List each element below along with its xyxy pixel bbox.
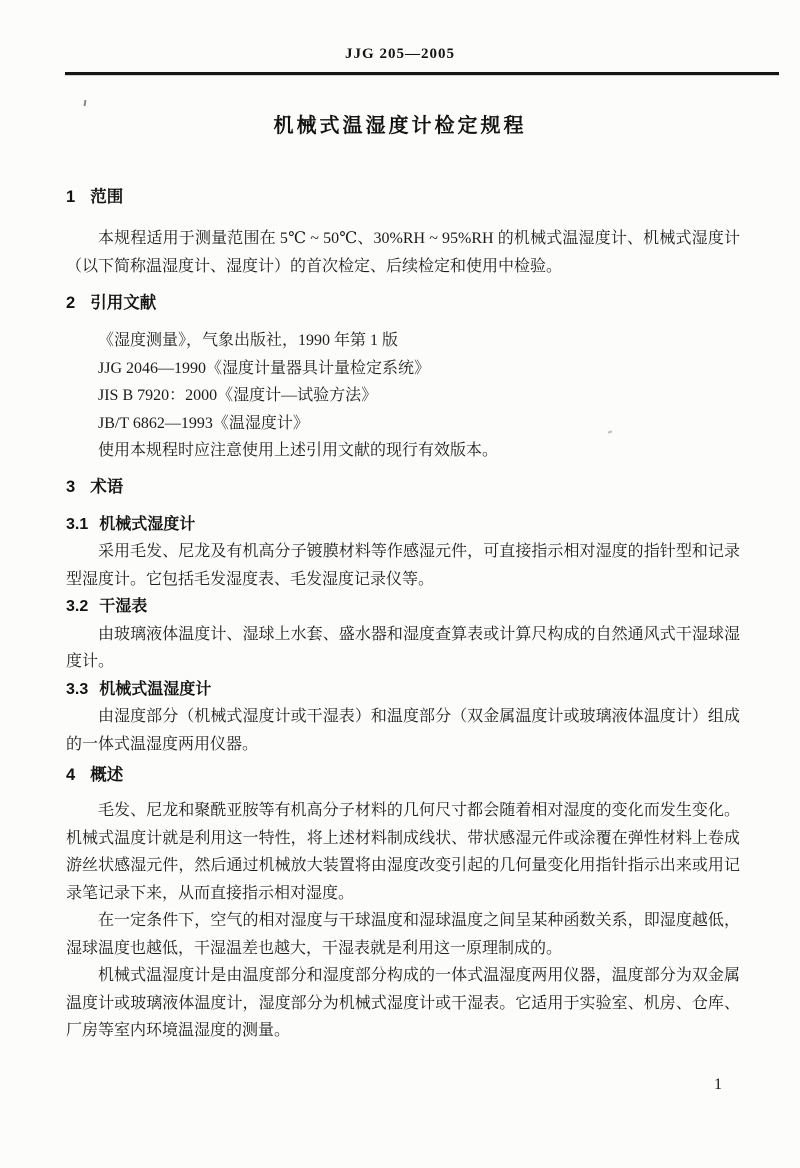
section-1-paragraph: 本规程适用于测量范围在 5℃ ~ 50℃、30%RH ~ 95%RH 的机械式温…: [66, 225, 740, 281]
section-4-paragraph-3: 机械式温湿度计是由温度部分和湿度部分构成的一体式温湿度两用仪器，温度部分为双金属…: [66, 962, 740, 1045]
section-title: 概述: [90, 766, 123, 784]
section-number: 1: [66, 186, 75, 208]
subsection-number: 3.3: [66, 676, 88, 704]
subsection-3-3-paragraph: 由湿度部分（机械式湿度计或干湿表）和温度部分（双金属温度计或玻璃液体温度计）组成…: [66, 703, 740, 758]
document-page: JJG 205—2005 机械式温湿度计检定规程 1范围 本规程适用于测量范围在…: [0, 0, 800, 1168]
section-4-paragraph-1: 毛发、尼龙和聚酰亚胺等有机高分子材料的几何尺寸都会随着相对湿度的变化而发生变化。…: [66, 797, 740, 907]
reference-item: 使用本规程时应注意使用上述引用文献的现行有效版本。: [66, 437, 740, 465]
section-title: 引用文献: [90, 294, 156, 312]
subsection-number: 3.2: [66, 593, 88, 621]
section-3-heading: 3术语: [66, 476, 740, 498]
document-body: 1范围 本规程适用于测量范围在 5℃ ~ 50℃、30%RH ~ 95%RH 的…: [66, 186, 740, 1045]
header-rule: [65, 72, 779, 75]
section-title: 范围: [90, 188, 123, 206]
section-number: 2: [66, 292, 75, 314]
section-4-paragraphs: 毛发、尼龙和聚酰亚胺等有机高分子材料的几何尺寸都会随着相对湿度的变化而发生变化。…: [66, 797, 740, 1045]
subsection-3-1-paragraph: 采用毛发、尼龙及有机高分子镀膜材料等作感湿元件，可直接指示相对湿度的指针型和记录…: [66, 538, 740, 593]
section-2-heading: 2引用文献: [66, 292, 740, 314]
section-4-paragraph-2: 在一定条件下，空气的相对湿度与干球温度和湿球温度之间呈某种函数关系，即湿度越低，…: [66, 907, 740, 962]
subsection-3-1-heading: 3.1机械式湿度计: [66, 511, 740, 539]
section-4-heading: 4概述: [66, 764, 740, 786]
page-number: 1: [714, 1076, 722, 1094]
section-title: 术语: [90, 478, 123, 496]
references-list: 《湿度测量》，气象出版社，1990 年第 1 版 JJG 2046—1990《湿…: [66, 327, 740, 465]
reference-item: JJG 2046—1990《湿度计量器具计量检定系统》: [66, 355, 740, 383]
running-header: JJG 205—2005: [0, 0, 800, 64]
section-3-subsections: 3.1机械式湿度计 采用毛发、尼龙及有机高分子镀膜材料等作感湿元件，可直接指示相…: [66, 511, 740, 759]
subsection-title: 机械式湿度计: [99, 516, 195, 533]
subsection-title: 机械式温湿度计: [99, 681, 211, 698]
section-number: 3: [66, 476, 75, 498]
document-title: 机械式温湿度计检定规程: [0, 113, 800, 140]
subsection-number: 3.1: [66, 511, 88, 539]
scan-artifact: [84, 100, 87, 106]
section-number: 4: [66, 764, 75, 786]
reference-item: JIS B 7920：2000《湿度计—试验方法》: [66, 382, 740, 410]
reference-item: JB/T 6862—1993《温湿度计》: [66, 410, 740, 438]
reference-item: 《湿度测量》，气象出版社，1990 年第 1 版: [66, 327, 740, 355]
subsection-3-3-heading: 3.3机械式温湿度计: [66, 676, 740, 704]
subsection-3-2-paragraph: 由玻璃液体温度计、湿球上水套、盛水器和湿度查算表或计算尺构成的自然通风式干湿球湿…: [66, 621, 740, 676]
subsection-title: 干湿表: [99, 598, 147, 615]
section-1-heading: 1范围: [66, 186, 740, 208]
subsection-3-2-heading: 3.2干湿表: [66, 593, 740, 621]
